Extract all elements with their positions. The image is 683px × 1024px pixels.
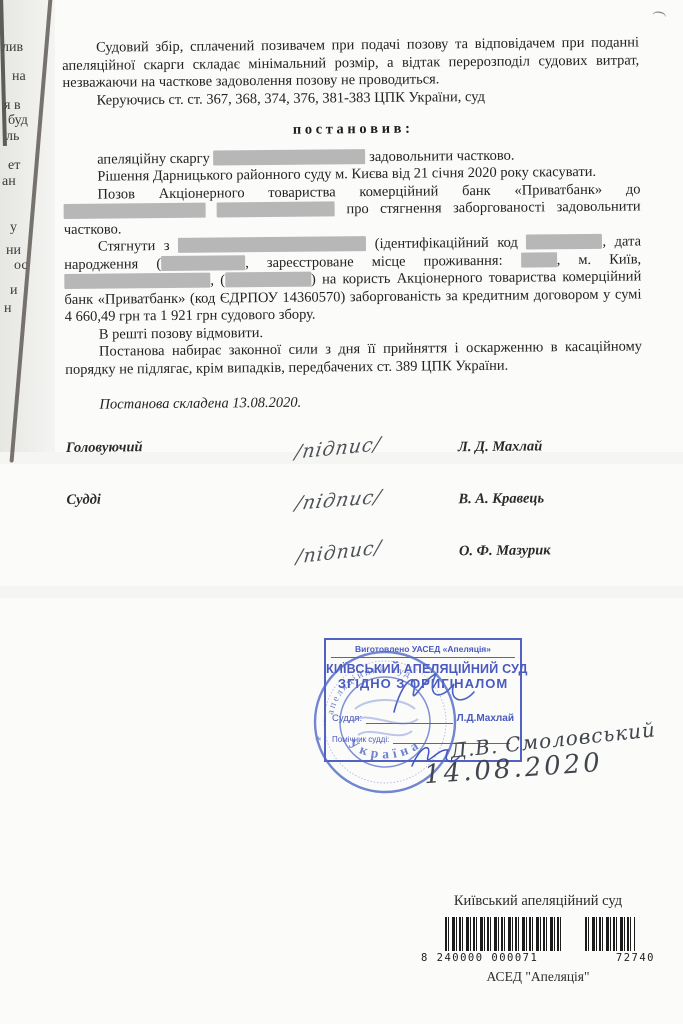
barcode <box>433 917 643 951</box>
barcode-digits-right: 72740 <box>616 952 655 964</box>
redaction-block <box>213 149 365 165</box>
svg-text:апеляційний суд: апеляційний суд <box>325 664 414 716</box>
underlying-page-edge: лив на я в буд ль ет ан у ни ос и н <box>0 0 55 452</box>
edge-text-fragment: на <box>12 69 26 85</box>
edge-text-fragment: ет <box>8 158 20 174</box>
edge-text-fragment: ль <box>6 129 19 145</box>
edge-text-fragment: и <box>10 283 18 299</box>
barcode-bars-left <box>445 917 563 951</box>
edge-text-fragment: буд <box>8 113 28 129</box>
footer-court-name: Київський апеляційний суд <box>419 893 657 910</box>
seal-arc-text: апеляційний суд <box>325 664 414 716</box>
redaction-block <box>161 255 245 271</box>
redaction-block <box>64 273 210 289</box>
barcode-digits: 8 240000 000071 72740 <box>419 952 657 964</box>
text-segment: Стягнути з <box>98 238 170 255</box>
document-body: Судовий збір, сплачений позивачем при по… <box>62 34 643 414</box>
edge-text-fragment: лив <box>2 40 23 56</box>
signature-row: Судді /підпис/ В. А. Кравець <box>66 486 641 526</box>
scanned-court-document: лив на я в буд ль ет ан у ни ос и н ( Су… <box>0 0 683 1024</box>
text-segment: задовольнити частково. <box>369 147 515 164</box>
redaction-block <box>526 234 602 250</box>
signer-name: О. Ф. Мазурик <box>447 538 642 560</box>
edge-text-fragment: н <box>4 301 12 317</box>
registration-footer: Київський апеляційний суд 8 240000 00007… <box>419 893 657 985</box>
signer-name: В. А. Кравець <box>446 486 641 508</box>
text-segment: апеляційну скаргу <box>97 150 210 167</box>
edge-text-fragment: ни <box>6 243 21 259</box>
text-segment: , ( <box>210 272 225 288</box>
footer-system-name: АСЕД "Апеляція" <box>419 969 657 985</box>
text-segment: (ідентифікаційний код <box>375 235 518 252</box>
redaction-block <box>521 252 557 267</box>
ruling-claim: Позов Акціонерного товариства комерційни… <box>63 181 640 239</box>
staple-mark: ( <box>651 10 669 18</box>
barcode-digits-left: 8 240000 000071 <box>421 952 538 964</box>
certification-stamp-area: Виготовлено УАСЕД «Апеляція» КИЇВСЬКИЙ А… <box>312 628 677 823</box>
handwritten-signature: /підпис/ <box>231 488 446 512</box>
edge-text-fragment: ан <box>2 174 16 190</box>
signer-role <box>67 542 232 544</box>
paragraph-court-fee: Судовий збір, сплачений позивачем при по… <box>62 34 639 92</box>
resolution-heading: п о с т а н о в и в : <box>63 118 640 141</box>
redaction-block <box>64 203 206 219</box>
redaction-block <box>217 201 335 217</box>
ruling-recover: Стягнути з (ідентифікаційний код , дата … <box>64 233 642 326</box>
signature-row: /підпис/ О. Ф. Мазурик <box>67 538 642 578</box>
signer-role: Головуючий <box>66 438 231 457</box>
barcode-bars-right <box>585 917 635 951</box>
handwritten-signature: /підпис/ <box>231 436 446 460</box>
handwritten-signature: /підпис/ <box>232 540 447 564</box>
redaction-block <box>178 236 366 253</box>
seal-star: * <box>315 733 322 748</box>
signature-block: Головуючий /підпис/ Л. Д. Махлай Судді /… <box>66 434 642 596</box>
paragraph-composed-date: Постанова складена 13.08.2020. <box>65 391 642 414</box>
signer-role: Судді <box>66 490 231 509</box>
edge-text-fragment: я в <box>4 98 21 114</box>
text-segment: , зареєстроване місце проживання: <box>245 252 503 270</box>
paragraph-legal-force: Постанова набирає законної сили з дня її… <box>65 338 642 379</box>
edge-text-fragment: у <box>10 220 17 236</box>
text-segment: , м. Київ, <box>557 251 642 268</box>
signature-row: Головуючий /підпис/ Л. Д. Махлай <box>66 434 641 474</box>
redaction-block <box>225 272 311 288</box>
signer-name: Л. Д. Махлай <box>446 434 641 456</box>
